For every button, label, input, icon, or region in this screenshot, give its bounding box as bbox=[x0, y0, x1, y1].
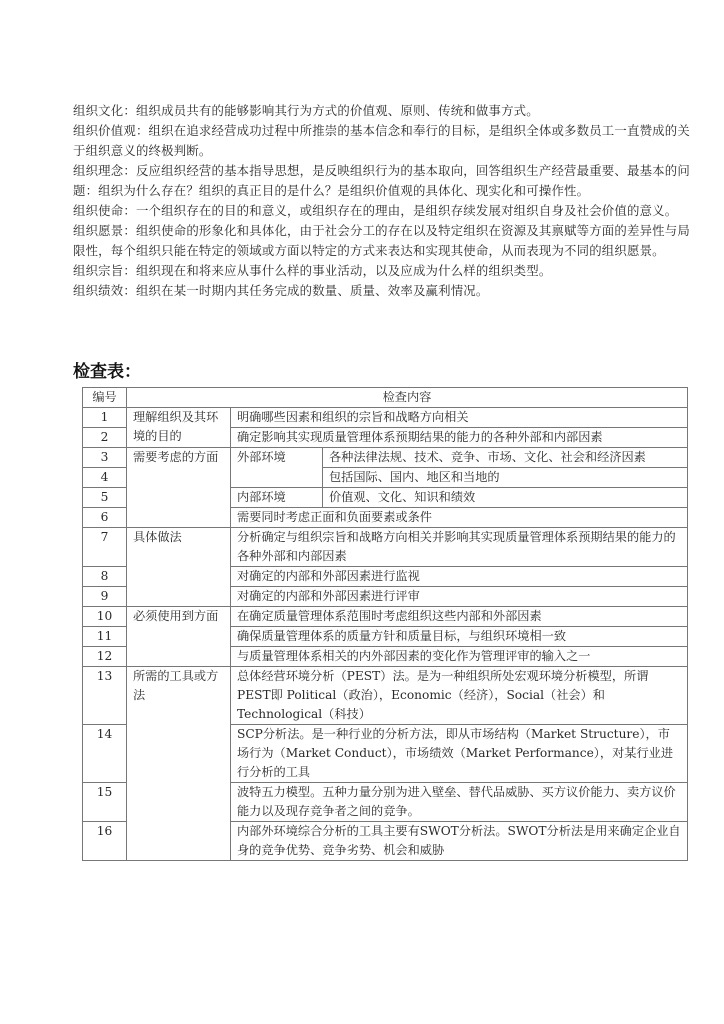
header-number: 编号 bbox=[83, 388, 127, 408]
row-number: 11 bbox=[83, 627, 127, 647]
row-content: SCP分析法。是一种行业的分析方法，即从市场结构（Market Structur… bbox=[231, 725, 688, 783]
definition-culture: 组织文化：组织成员共有的能够影响其行为方式的价值观、原则、传统和做事方式。 bbox=[73, 101, 693, 121]
row-number: 14 bbox=[83, 725, 127, 783]
category-tools: 所需的工具或方法 bbox=[127, 667, 231, 861]
definition-values: 组织价值观：组织在追求经营成功过程中所推崇的基本信念和奉行的目标，是组织全体或多… bbox=[73, 121, 693, 161]
header-content: 检查内容 bbox=[127, 388, 688, 408]
checklist-table: 编号 检查内容 1 理解组织及其环境的目的 明确哪些因素和组织的宗旨和战略方向相… bbox=[82, 387, 688, 861]
row-number: 16 bbox=[83, 822, 127, 861]
definition-purpose: 组织宗旨：组织现在和将来应从事什么样的事业活动，以及应成为什么样的组织类型。 bbox=[73, 261, 693, 281]
row-content: 波特五力模型。五种力量分别为进入壁垒、替代品威胁、买方议价能力、卖方议价能力以及… bbox=[231, 783, 688, 822]
table-row: 3 需要考虑的方面 外部环境 各种法律法规、技术、竞争、市场、文化、社会和经济因… bbox=[83, 448, 688, 468]
row-content: 内部外环境综合分析的工具主要有SWOT分析法。SWOT分析法是用来确定企业自身的… bbox=[231, 822, 688, 861]
row-content: 确保质量管理体系的质量方针和质量目标，与组织环境相一致 bbox=[231, 627, 688, 647]
row-number: 5 bbox=[83, 488, 127, 508]
row-number: 6 bbox=[83, 508, 127, 528]
subcategory-internal: 内部环境 bbox=[231, 488, 323, 508]
category-methods: 具体做法 bbox=[127, 528, 231, 607]
row-number: 12 bbox=[83, 647, 127, 667]
definition-performance: 组织绩效：组织在某一时期内其任务完成的数量、质量、效率及赢利情况。 bbox=[73, 281, 693, 301]
table-row: 10 必须使用到方面 在确定质量管理体系范围时考虑组织这些内部和外部因素 bbox=[83, 607, 688, 627]
row-number: 15 bbox=[83, 783, 127, 822]
row-content: 与质量管理体系相关的内外部因素的变化作为管理评审的输入之一 bbox=[231, 647, 688, 667]
checklist-heading: 检查表： bbox=[73, 357, 141, 382]
table-header-row: 编号 检查内容 bbox=[83, 388, 688, 408]
definitions-section: 组织文化：组织成员共有的能够影响其行为方式的价值观、原则、传统和做事方式。 组织… bbox=[73, 101, 693, 301]
row-content: 总体经营环境分析（PEST）法。是为一种组织所处宏观环境分析模型，所谓PEST即… bbox=[231, 667, 688, 725]
row-number: 2 bbox=[83, 428, 127, 448]
definition-vision: 组织愿景：组织使命的形象化和具体化，由于社会分工的存在以及特定组织在资源及其禀赋… bbox=[73, 221, 693, 261]
row-content: 对确定的内部和外部因素进行监视 bbox=[231, 567, 688, 587]
row-content: 确定影响其实现质量管理体系预期结果的能力的各种外部和内部因素 bbox=[231, 428, 688, 448]
row-number: 3 bbox=[83, 448, 127, 468]
row-number: 8 bbox=[83, 567, 127, 587]
category-usage: 必须使用到方面 bbox=[127, 607, 231, 667]
row-number: 13 bbox=[83, 667, 127, 725]
subcategory-external: 外部环境 bbox=[231, 448, 323, 488]
definition-mission: 组织使命：一个组织存在的目的和意义，或组织存在的理由，是组织存续发展对组织自身及… bbox=[73, 201, 693, 221]
row-content: 各种法律法规、技术、竞争、市场、文化、社会和经济因素 bbox=[323, 448, 688, 468]
category-purpose: 理解组织及其环境的目的 bbox=[127, 408, 231, 448]
row-content: 价值观、文化、知识和绩效 bbox=[323, 488, 688, 508]
category-aspects: 需要考虑的方面 bbox=[127, 448, 231, 528]
row-content: 在确定质量管理体系范围时考虑组织这些内部和外部因素 bbox=[231, 607, 688, 627]
row-content: 包括国际、国内、地区和当地的 bbox=[323, 468, 688, 488]
row-content: 明确哪些因素和组织的宗旨和战略方向相关 bbox=[231, 408, 688, 428]
table-row: 13 所需的工具或方法 总体经营环境分析（PEST）法。是为一种组织所处宏观环境… bbox=[83, 667, 688, 725]
definition-philosophy: 组织理念：反应组织经营的基本指导思想，是反映组织行为的基本取向，回答组织生产经营… bbox=[73, 161, 693, 201]
row-number: 10 bbox=[83, 607, 127, 627]
row-content: 需要同时考虑正面和负面要素或条件 bbox=[231, 508, 688, 528]
table-row: 1 理解组织及其环境的目的 明确哪些因素和组织的宗旨和战略方向相关 bbox=[83, 408, 688, 428]
row-number: 4 bbox=[83, 468, 127, 488]
table-row: 7 具体做法 分析确定与组织宗旨和战略方向相关并影响其实现质量管理体系预期结果的… bbox=[83, 528, 688, 567]
row-number: 9 bbox=[83, 587, 127, 607]
row-content: 分析确定与组织宗旨和战略方向相关并影响其实现质量管理体系预期结果的能力的各种外部… bbox=[231, 528, 688, 567]
row-content: 对确定的内部和外部因素进行评审 bbox=[231, 587, 688, 607]
row-number: 7 bbox=[83, 528, 127, 567]
row-number: 1 bbox=[83, 408, 127, 428]
